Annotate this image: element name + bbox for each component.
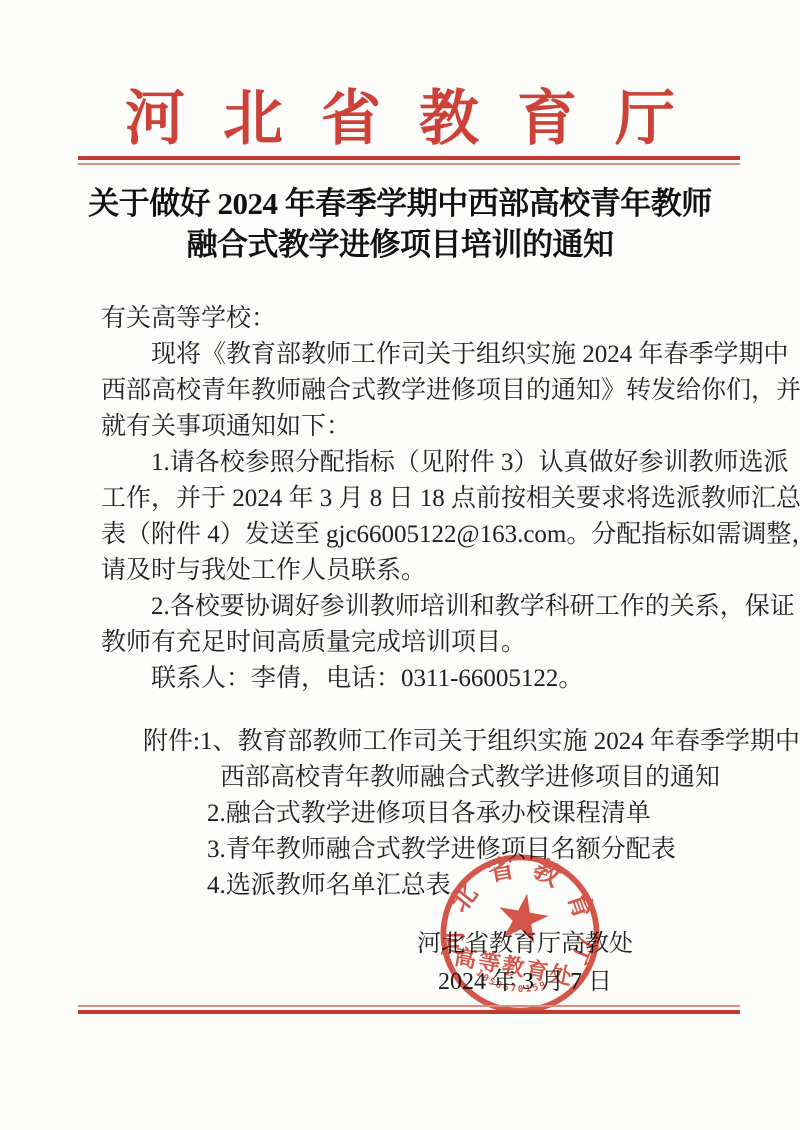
- attachment-line: 4.选派教师名单汇总表: [207, 868, 743, 904]
- body-line: 请及时与我处工作人员联系。: [101, 553, 721, 589]
- rule-thin-bar: [78, 163, 740, 165]
- body-line: 教师有充足时间高质量完成培训项目。: [101, 625, 721, 661]
- footer-separator-rule: [78, 1005, 740, 1014]
- attachment-line: 3.青年教师融合式教学进修项目名额分配表: [207, 832, 743, 868]
- agency-letterhead: 河北省教育厅: [0, 88, 800, 150]
- title-line-1: 关于做好 2024 年春季学期中西部高校青年教师: [0, 183, 800, 224]
- body-line: 工作，并于 2024 年 3 月 8 日 18 点前按相关要求将选派教师汇总: [101, 481, 721, 517]
- body-line: 2.各校要协调好参训教师培训和教学科研工作的关系，保证: [101, 589, 721, 625]
- body-text: 有关高等学校： 现将《教育部教师工作司关于组织实施 2024 年春季学期中 西部…: [101, 301, 721, 697]
- body-line: 1.请各校参照分配指标（见附件 3）认真做好参训教师选派: [101, 445, 721, 481]
- contact-line: 联系人：李倩，电话：0311-66005122。: [101, 661, 721, 697]
- document-title: 关于做好 2024 年春季学期中西部高校青年教师 融合式教学进修项目培训的通知: [0, 183, 800, 265]
- body-line: 就有关事项通知如下：: [101, 409, 721, 445]
- attachments-list: 附件:1、教育部教师工作司关于组织实施 2024 年春季学期中 西部高校青年教师…: [143, 724, 743, 904]
- salutation-line: 有关高等学校：: [101, 301, 721, 337]
- signature-block: 河北省教育厅高教处 2024 年 3 月 7 日: [415, 931, 635, 996]
- body-line: 西部高校青年教师融合式教学进修项目的通知》转发给你们，并: [101, 373, 721, 409]
- issue-date: 2024 年 3 月 7 日: [415, 969, 635, 996]
- body-line: 现将《教育部教师工作司关于组织实施 2024 年春季学期中: [101, 337, 721, 373]
- body-line-email: 表（附件 4）发送至 gjc66005122@163.com。分配指标如需调整，: [101, 517, 721, 553]
- document-page: 河北省教育厅 关于做好 2024 年春季学期中西部高校青年教师 融合式教学进修项…: [0, 0, 800, 1130]
- title-line-2: 融合式教学进修项目培训的通知: [0, 224, 800, 265]
- header-separator-rule: [78, 156, 740, 165]
- attachment-line: 2.融合式教学进修项目各承办校课程清单: [207, 796, 743, 832]
- issuing-office: 河北省教育厅高教处: [415, 931, 635, 958]
- rule-thick-bar: [78, 1010, 740, 1014]
- attachment-line: 西部高校青年教师融合式教学进修项目的通知: [220, 760, 743, 796]
- attachment-line: 附件:1、教育部教师工作司关于组织实施 2024 年春季学期中: [143, 724, 743, 760]
